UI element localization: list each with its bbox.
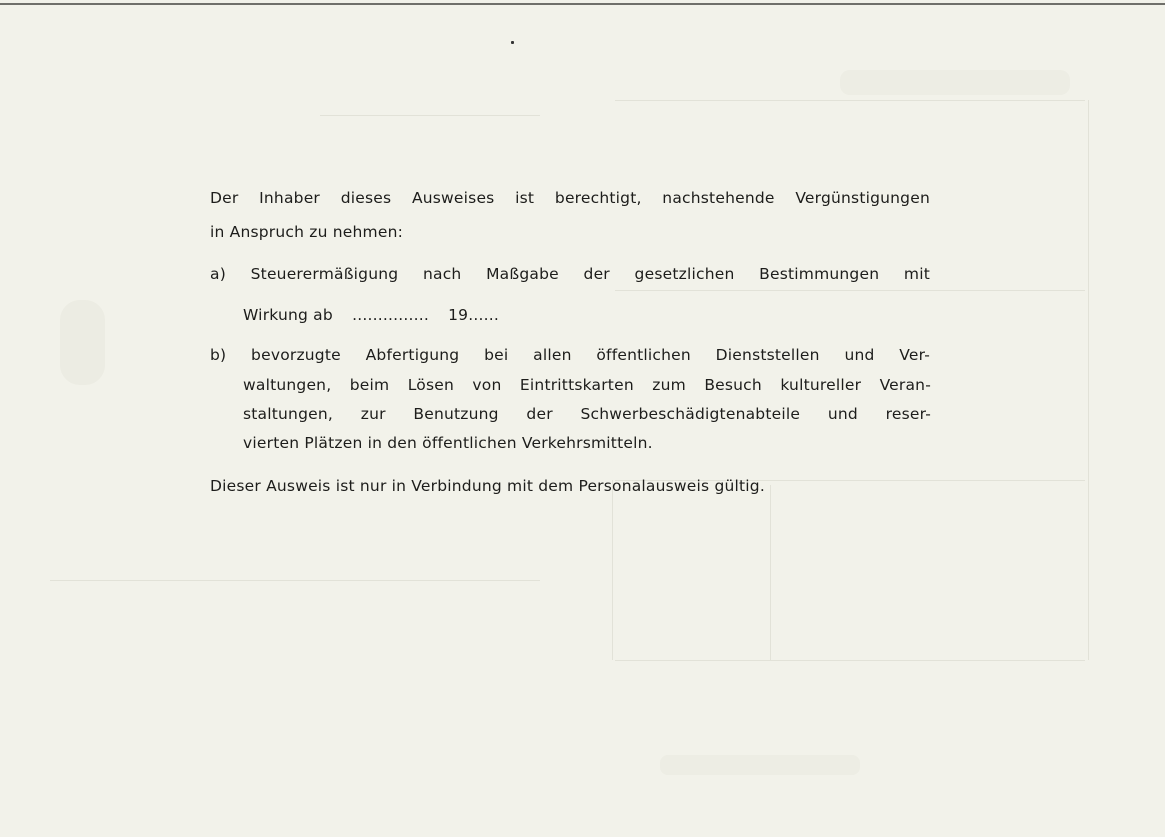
effective-from-label: Wirkung ab [243,306,333,324]
bleed-through-line [615,100,1085,101]
item-a-line-2: Wirkung ab ............... 19...... [243,306,499,324]
bleed-through-mark [60,300,105,385]
bleed-through-line [615,290,1085,291]
item-b-line-1: b) bevorzugte Abfertigung bei allen öffe… [210,346,930,364]
bleed-through-mark [840,70,1070,95]
ink-speck [511,41,514,44]
bleed-through-mark [660,755,860,775]
validity-note: Dieser Ausweis ist nur in Verbindung mit… [210,477,765,495]
bleed-through-line [1088,100,1089,660]
bleed-through-line [612,480,613,660]
item-b-line-4: vierten Plätzen in den öffentlichen Verk… [243,434,653,452]
effective-date-blank: ............... [352,306,429,324]
id-card-back: Der Inhaber dieses Ausweises ist berecht… [0,3,1165,837]
item-a-line-1: a) Steuerermäßigung nach Maßgabe der ges… [210,265,930,283]
intro-line-2: in Anspruch zu nehmen: [210,223,403,241]
intro-line-1: Der Inhaber dieses Ausweises ist berecht… [210,189,930,207]
effective-year-blank: 19...... [448,306,499,324]
bleed-through-line [50,580,540,581]
item-b-line-2: waltungen, beim Lösen von Eintrittskarte… [243,376,931,394]
bleed-through-line [770,485,771,660]
bleed-through-line [615,660,1085,661]
bleed-through-line [320,115,540,116]
item-b-line-3: staltungen, zur Benutzung der Schwerbesc… [243,405,931,423]
